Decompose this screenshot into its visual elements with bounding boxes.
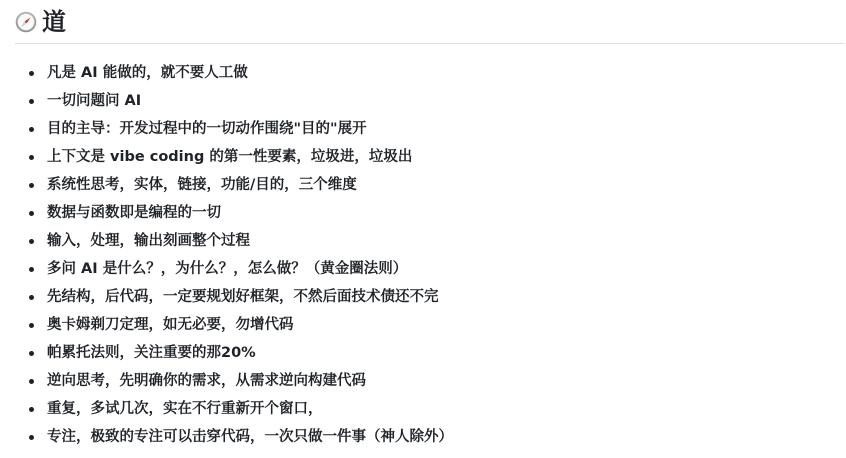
bullet-icon: [29, 295, 34, 300]
bullet-icon: [29, 183, 34, 188]
bullet-icon: [29, 211, 34, 216]
bullet-icon: [29, 99, 34, 104]
list-item-text: 输入，处理，输出刻画整个过程: [47, 233, 250, 249]
list-item-text: 逆向思考，先明确你的需求，从需求逆向构建代码: [47, 373, 366, 389]
heading-divider: [15, 43, 845, 44]
bullet-icon: [29, 435, 34, 440]
list-item: 多问 AI 是什么？，为什么？，怎么做？（黄金圈法则）: [47, 255, 453, 283]
bullet-icon: [29, 239, 34, 244]
list-item: 专注，极致的专注可以击穿代码，一次只做一件事（神人除外）: [47, 423, 453, 451]
list-item: 一切问题问 AI: [47, 87, 453, 115]
list-item: 先结构，后代码，一定要规划好框架，不然后面技术债还不完: [47, 283, 453, 311]
list-item-text: 凡是 AI 能做的，就不要人工做: [47, 65, 248, 81]
list-item-text: 帕累托法则，关注重要的那20%: [47, 345, 256, 361]
bullet-icon: [29, 155, 34, 160]
list-item-text: 重复，多试几次，实在不行重新开个窗口，: [47, 401, 323, 417]
compass-icon: [15, 11, 37, 33]
list-item-text: 一切问题问 AI: [47, 93, 141, 109]
bullet-icon: [29, 71, 34, 76]
list-item-text: 数据与函数即是编程的一切: [47, 205, 221, 221]
bullet-icon: [29, 407, 34, 412]
list-item-text: 目的主导：开发过程中的一切动作围绕"目的"展开: [47, 121, 367, 137]
list-item: 目的主导：开发过程中的一切动作围绕"目的"展开: [47, 115, 453, 143]
list-item-text: 专注，极致的专注可以击穿代码，一次只做一件事（神人除外）: [47, 429, 453, 445]
list-item: 系统性思考，实体，链接，功能/目的，三个维度: [47, 171, 453, 199]
bullet-icon: [29, 267, 34, 272]
bullet-icon: [29, 351, 34, 356]
bullet-icon: [29, 323, 34, 328]
list-item: 凡是 AI 能做的，就不要人工做: [47, 59, 453, 87]
list-item-text: 上下文是 vibe coding 的第一性要素，垃圾进，垃圾出: [47, 149, 412, 165]
list-item-text: 系统性思考，实体，链接，功能/目的，三个维度: [47, 177, 357, 193]
list-item: 数据与函数即是编程的一切: [47, 199, 453, 227]
list-item: 重复，多试几次，实在不行重新开个窗口，: [47, 395, 453, 423]
list-item: 帕累托法则，关注重要的那20%: [47, 339, 453, 367]
list-item: 输入，处理，输出刻画整个过程: [47, 227, 453, 255]
list-item-text: 先结构，后代码，一定要规划好框架，不然后面技术债还不完: [47, 289, 439, 305]
section-heading: 道: [15, 6, 66, 38]
list-item: 逆向思考，先明确你的需求，从需求逆向构建代码: [47, 367, 453, 395]
bullet-icon: [29, 379, 34, 384]
list-item: 上下文是 vibe coding 的第一性要素，垃圾进，垃圾出: [47, 143, 453, 171]
list-item-text: 多问 AI 是什么？，为什么？，怎么做？（黄金圈法则）: [47, 261, 407, 277]
list-item: 奥卡姆剃刀定理，如无必要，勿增代码: [47, 311, 453, 339]
page-title: 道: [42, 6, 66, 38]
bullet-icon: [29, 127, 34, 132]
principles-list: 凡是 AI 能做的，就不要人工做 一切问题问 AI 目的主导：开发过程中的一切动…: [0, 59, 453, 451]
list-item-text: 奥卡姆剃刀定理，如无必要，勿增代码: [47, 317, 294, 333]
